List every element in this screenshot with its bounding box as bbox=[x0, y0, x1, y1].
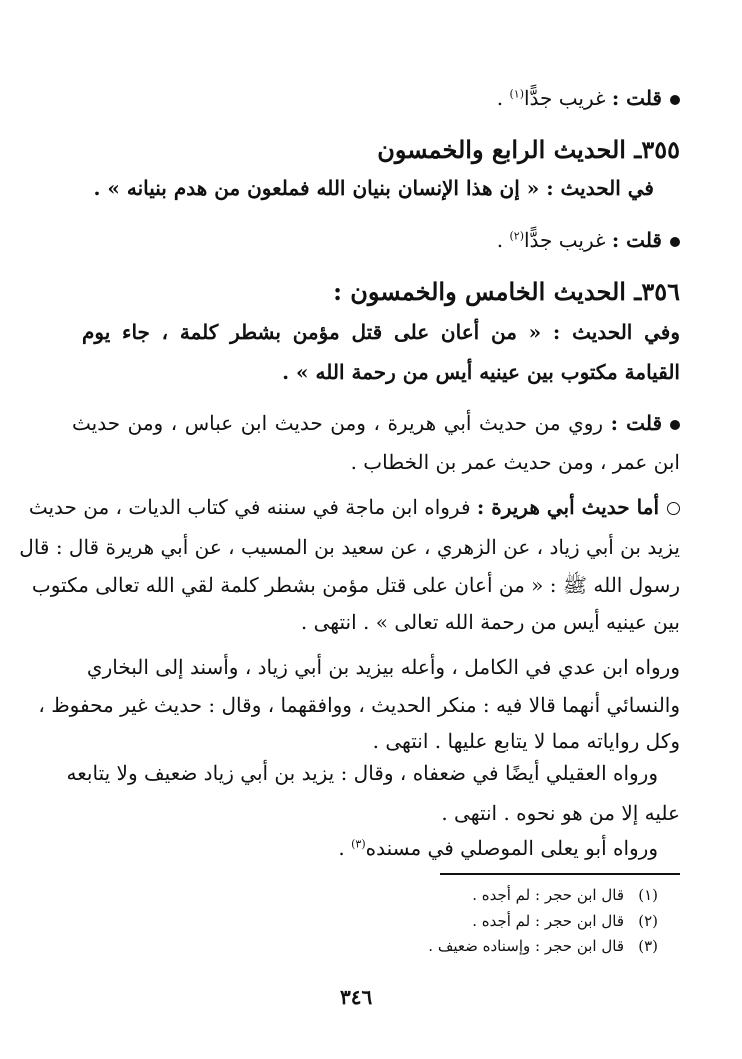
note-line: قلت : غريب جدًّا(٢) . bbox=[497, 230, 680, 250]
punctuation: . bbox=[338, 836, 351, 860]
paragraph-line: والنسائي أنهما قالا فيه : منكر الحديث ، … bbox=[82, 695, 680, 715]
hadith-text: في الحديث : « إن هذا الإنسان بنيان الله … bbox=[93, 178, 654, 198]
page-number: ٣٤٦ bbox=[340, 985, 372, 1009]
footnote: (٣)قال ابن حجر : وإسناده ضعيف . bbox=[428, 939, 658, 954]
footnote-ref[interactable]: (٣) bbox=[351, 837, 366, 850]
hadith-heading: ٣٥٦ـ الحديث الخامس والخمسون : bbox=[333, 280, 680, 304]
hadith-number: ٣٥٥ـ bbox=[634, 135, 680, 164]
hadith-heading: ٣٥٥ـ الحديث الرابع والخمسون bbox=[377, 138, 680, 162]
punctuation: . bbox=[497, 228, 510, 252]
note-label: قلت : bbox=[612, 228, 662, 252]
footnote-text: قال ابن حجر : وإسناده ضعيف . bbox=[428, 937, 624, 955]
hadith-number: ٣٥٦ـ bbox=[634, 277, 680, 306]
footnote-divider bbox=[440, 873, 680, 875]
bullet-icon bbox=[670, 420, 680, 430]
note-line: قلت : روي من حديث أبي هريرة ، ومن حديث ا… bbox=[72, 413, 680, 433]
note-label: قلت : bbox=[612, 86, 662, 110]
footnote-text: قال ابن حجر : لم أجده . bbox=[472, 886, 624, 904]
note-label: قلت : bbox=[611, 411, 662, 435]
footnote-number: (٣) bbox=[624, 939, 658, 954]
paragraph-line: ورواه أبو يعلى الموصلي في مسنده(٣) . bbox=[338, 838, 658, 858]
note-text: روي من حديث أبي هريرة ، ومن حديث ابن عبا… bbox=[72, 411, 611, 435]
circle-icon bbox=[667, 502, 680, 515]
paragraph-line: ورواه العقيلي أيضًا في ضعفاه ، وقال : يز… bbox=[82, 763, 658, 783]
paragraph-text: ورواه أبو يعلى الموصلي في مسنده bbox=[366, 836, 658, 860]
punctuation: . bbox=[497, 86, 510, 110]
paragraph-line: عليه إلا من هو نحوه . انتهى . bbox=[441, 803, 680, 823]
hadith-quote: « إن هذا الإنسان بنيان الله فملعون من هد… bbox=[93, 176, 546, 200]
footnote-ref[interactable]: (١) bbox=[509, 87, 524, 100]
note-line: قلت : غريب جدًّا(١) . bbox=[497, 88, 680, 108]
paragraph-line: رسول الله ﷺ : « من أعان على قتل مؤمن بشط… bbox=[82, 575, 680, 595]
book-page: قلت : غريب جدًّا(١) . ٣٥٥ـ الحديث الرابع… bbox=[0, 0, 742, 1059]
paragraph-text: فرواه ابن ماجة في سننه في كتاب الديات ، … bbox=[29, 495, 477, 519]
footnote: (١)قال ابن حجر : لم أجده . bbox=[472, 888, 658, 903]
hadith-label: في الحديث : bbox=[546, 176, 654, 200]
heading-text: الحديث الخامس والخمسون : bbox=[333, 277, 634, 306]
paragraph-line: بين عينيه أيس من رحمة الله تعالى » . انت… bbox=[301, 612, 680, 632]
paragraph-line: يزيد بن أبي زياد ، عن الزهري ، عن سعيد ب… bbox=[82, 537, 680, 557]
note-text: غريب جدًّا bbox=[524, 228, 612, 252]
footnote-text: قال ابن حجر : لم أجده . bbox=[472, 912, 624, 930]
bullet-icon bbox=[670, 237, 680, 247]
footnote-number: (٢) bbox=[624, 914, 658, 929]
bullet-icon bbox=[670, 95, 680, 105]
footnote-ref[interactable]: (٢) bbox=[509, 229, 524, 242]
hadith-text-line: وفي الحديث : « من أعان على قتل مؤمن بشطر… bbox=[82, 322, 680, 342]
footnote: (٢)قال ابن حجر : لم أجده . bbox=[472, 914, 658, 929]
footnote-number: (١) bbox=[624, 888, 658, 903]
hadith-text-line: القيامة مكتوب بين عينيه أيس من رحمة الله… bbox=[282, 362, 680, 382]
paragraph-line: أما حديث أبي هريرة : فرواه ابن ماجة في س… bbox=[82, 497, 680, 517]
paragraph-line: وكل رواياته مما لا يتابع عليها . انتهى . bbox=[373, 731, 680, 751]
paragraph-label: أما حديث أبي هريرة : bbox=[477, 495, 659, 519]
note-text: غريب جدًّا bbox=[524, 86, 612, 110]
heading-text: الحديث الرابع والخمسون bbox=[377, 135, 634, 164]
paragraph-line: ورواه ابن عدي في الكامل ، وأعله بيزيد بن… bbox=[102, 657, 680, 677]
note-line: ابن عمر ، ومن حديث عمر بن الخطاب . bbox=[351, 452, 680, 472]
